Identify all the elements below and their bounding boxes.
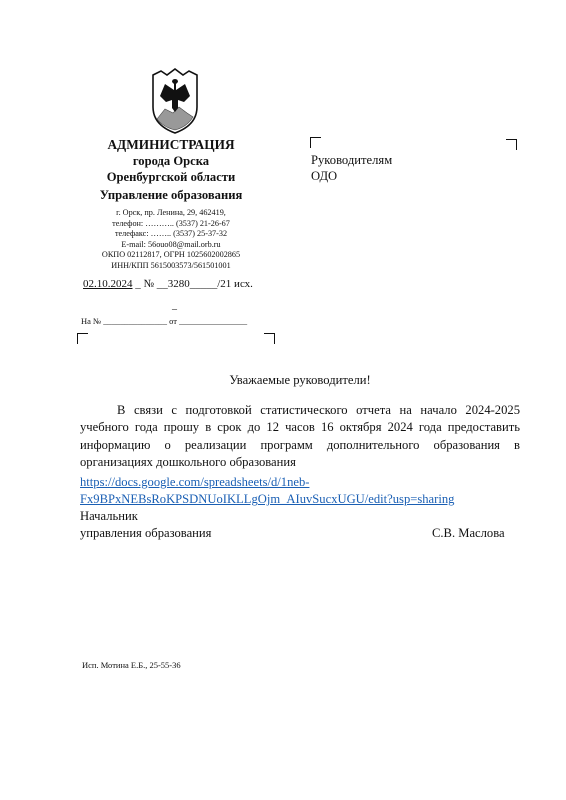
fax-line: телефакс: …….. (3537) 25-37-32 <box>70 229 272 240</box>
orsk-coat-of-arms-icon <box>147 67 203 135</box>
recipient-line2: ОДО <box>311 168 392 184</box>
corner-bracket-top-right <box>264 333 275 344</box>
address-block: г. Орск, пр. Ленина, 29, 462419, телефон… <box>70 208 272 272</box>
executor-line: Исп. Мотина Е.Б., 25-55-36 <box>82 660 181 670</box>
recipient-line1: Руководителям <box>311 152 392 168</box>
reference-line: На № _______________ от ________________ <box>81 316 247 326</box>
link-line2[interactable]: Fx9BPxNEBsRoKPSDNUoIKLLgOjm_AIuvSucxUGU/… <box>80 491 454 508</box>
letter-body-text: В связи с подготовкой статистического от… <box>80 403 520 469</box>
signature-title-line2: управления образования <box>80 526 211 541</box>
spreadsheet-link[interactable]: https://docs.google.com/spreadsheets/d/1… <box>80 474 454 509</box>
recipient-bracket-top-right <box>506 139 517 150</box>
greeting: Уважаемые руководители! <box>70 373 530 388</box>
inn-kpp-line: ИНН/КПП 5615003573/561501001 <box>70 261 272 272</box>
corner-bracket-top-left <box>77 333 88 344</box>
email-line: E-mail: 56ouo08@mail.orb.ru <box>70 240 272 251</box>
phone-line: телефон: ……….. (3537) 21-26-67 <box>70 219 272 230</box>
org-name-line3: Оренбургской области <box>80 169 262 185</box>
letter-date: 02.10.2024 <box>83 278 133 290</box>
org-name-line2: города Орска <box>80 153 262 169</box>
registration-line: 02.10.2024 _ № __3280_____/21 исх. <box>83 277 253 291</box>
address-line: г. Орск, пр. Ленина, 29, 462419, <box>70 208 272 219</box>
org-name-line1: АДМИНИСТРАЦИЯ <box>80 137 262 153</box>
letter-body: В связи с подготовкой статистического от… <box>80 402 520 472</box>
registration-dash: _ <box>172 300 177 311</box>
recipient-block: Руководителям ОДО <box>311 152 392 184</box>
signature-title-line1: Начальник <box>80 509 138 524</box>
link-line1[interactable]: https://docs.google.com/spreadsheets/d/1… <box>80 474 454 491</box>
department-name: Управление образования <box>80 187 262 203</box>
recipient-bracket-top-left <box>310 137 321 148</box>
okpo-ogrn-line: ОКПО 02112817, ОГРН 1025602002865 <box>70 250 272 261</box>
signature-name: С.В. Маслова <box>432 526 505 541</box>
letter-number: _ № __3280_____/21 исх. <box>133 278 253 290</box>
